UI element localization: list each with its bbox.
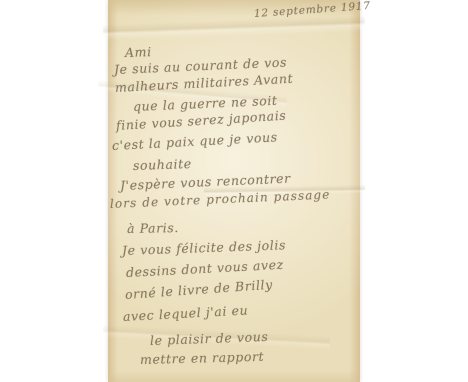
handwritten-line: à Paris. [127, 220, 179, 236]
handwritten-line: c'est la paix que je vous [112, 129, 278, 153]
handwritten-line: le plaisir de vous [150, 329, 269, 348]
letter-page: 12 septembre 1917 Ami Je suis au courant… [108, 0, 360, 382]
handwritten-line: mettre en rapport [140, 349, 265, 367]
handwritten-line: Je vous félicite des jolis [122, 237, 286, 258]
paper-crease [103, 15, 365, 40]
letter-date: 12 septembre 1917 [254, 0, 372, 20]
handwritten-line: avec lequel j'ai eu [123, 302, 249, 324]
handwritten-line: orné le livre de Brilly [124, 277, 273, 302]
letter-salutation: Ami [125, 44, 152, 60]
handwritten-line: souhaite [133, 156, 192, 173]
